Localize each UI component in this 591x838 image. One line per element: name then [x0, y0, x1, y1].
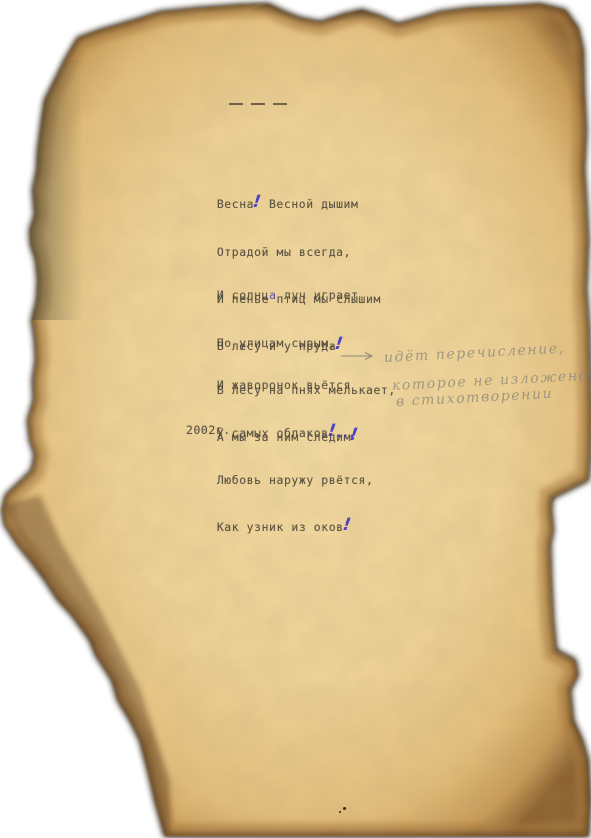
typed-text: У самых облаков — [217, 426, 329, 440]
ink-speck — [343, 807, 346, 810]
pencil-arrow-icon — [340, 351, 374, 361]
pen-exclamation-mark: ! — [342, 518, 352, 532]
typed-text: Любовь наружу рвётся, — [217, 473, 374, 487]
poem-line: Весна! Весной дышим — [187, 176, 381, 195]
poem-line: У самых облаков!... — [187, 404, 373, 423]
poem-line: Любовь наружу рвётся, — [187, 452, 373, 471]
typed-text: луч играет — [277, 288, 359, 302]
document-date: 2002г. — [186, 423, 231, 437]
typed-text: И жаворонок вьётся — [217, 378, 351, 392]
pen-exclamation-mark: ! — [327, 424, 337, 438]
header-dashes — [229, 103, 289, 107]
ink-speck — [339, 811, 341, 813]
pen-ellipsis: ... — [337, 424, 357, 443]
typed-text: Весной дышим — [262, 197, 359, 211]
pen-correction-letter: а — [269, 288, 276, 302]
typed-text: Как узник из оков — [217, 520, 344, 534]
poem-line: Как узник из оков! — [187, 499, 373, 518]
typed-text: Весна — [217, 197, 254, 211]
poem-line: И солнца луч играет — [187, 267, 396, 286]
typed-text: И солнц — [217, 288, 269, 302]
